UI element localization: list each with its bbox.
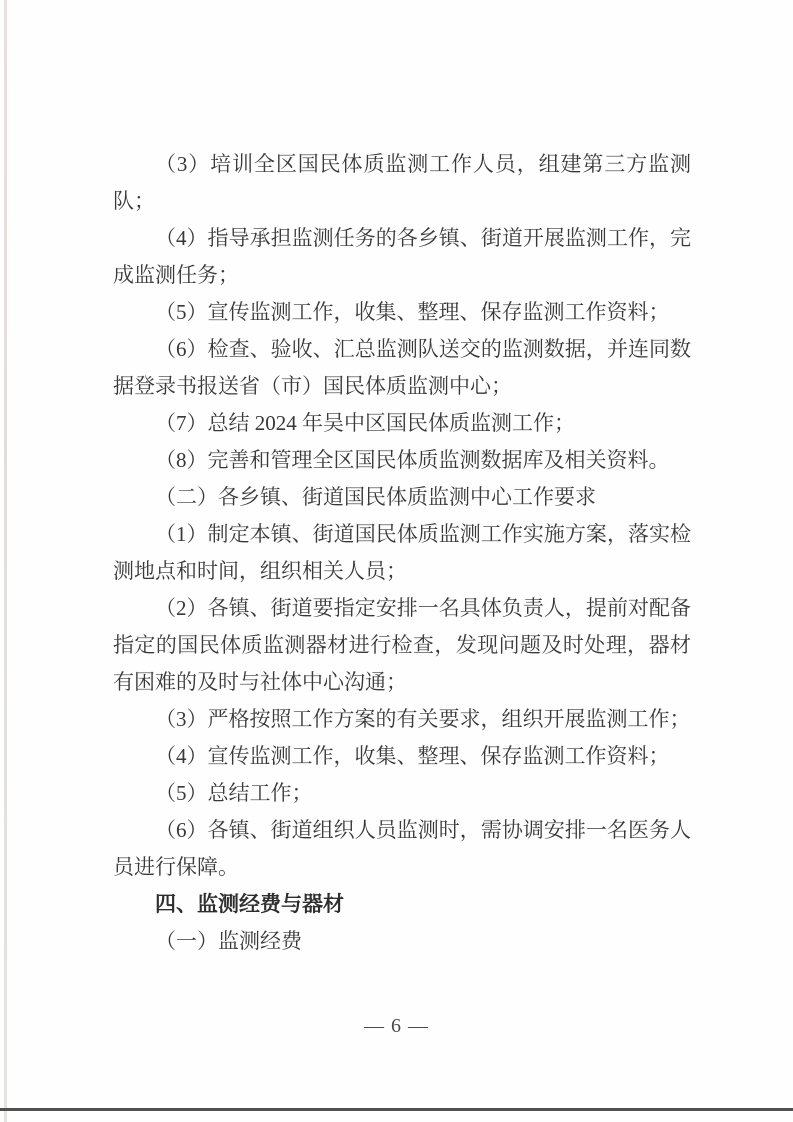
paragraph-item-3: （3）培训全区国民体质监测工作人员，组建第三方监测队；: [113, 146, 691, 220]
document-page: （3）培训全区国民体质监测工作人员，组建第三方监测队； （4）指导承担监测任务的…: [0, 0, 793, 1122]
document-body-text: （3）培训全区国民体质监测工作人员，组建第三方监测队； （4）指导承担监测任务的…: [113, 146, 691, 960]
paragraph-sec2-item-1: （1）制定本镇、街道国民体质监测工作实施方案，落实检测地点和时间，组织相关人员；: [113, 516, 691, 590]
paragraph-sec2-item-5: （5）总结工作；: [113, 775, 691, 812]
paragraph-sec2-item-4: （4）宣传监测工作，收集、整理、保存监测工作资料；: [113, 738, 691, 775]
scan-left-edge-artifact: [4, 0, 7, 1122]
paragraph-item-8: （8）完善和管理全区国民体质监测数据库及相关资料。: [113, 442, 691, 479]
paragraph-sec2-item-2: （2）各镇、街道要指定安排一名具体负责人，提前对配备指定的国民体质监测器材进行检…: [113, 590, 691, 701]
paragraph-item-6: （6）检查、验收、汇总监测队送交的监测数据，并连同数据登录书报送省（市）国民体质…: [113, 331, 691, 405]
paragraph-item-5: （5）宣传监测工作，收集、整理、保存监测工作资料；: [113, 294, 691, 331]
paragraph-sec2-item-3: （3）严格按照工作方案的有关要求，组织开展监测工作；: [113, 701, 691, 738]
page-number: — 6 —: [0, 1013, 793, 1039]
section-heading-4: 四、监测经费与器材: [113, 886, 691, 923]
paragraph-item-4: （4）指导承担监测任务的各乡镇、街道开展监测工作，完成监测任务；: [113, 220, 691, 294]
paragraph-item-7: （7）总结 2024 年吴中区国民体质监测工作；: [113, 405, 691, 442]
scan-bottom-edge-artifact: [0, 1108, 793, 1111]
subheading-section-2: （二）各乡镇、街道国民体质监测中心工作要求: [113, 479, 691, 516]
subheading-funding: （一）监测经费: [113, 923, 691, 960]
paragraph-sec2-item-6: （6）各镇、街道组织人员监测时，需协调安排一名医务人员进行保障。: [113, 812, 691, 886]
